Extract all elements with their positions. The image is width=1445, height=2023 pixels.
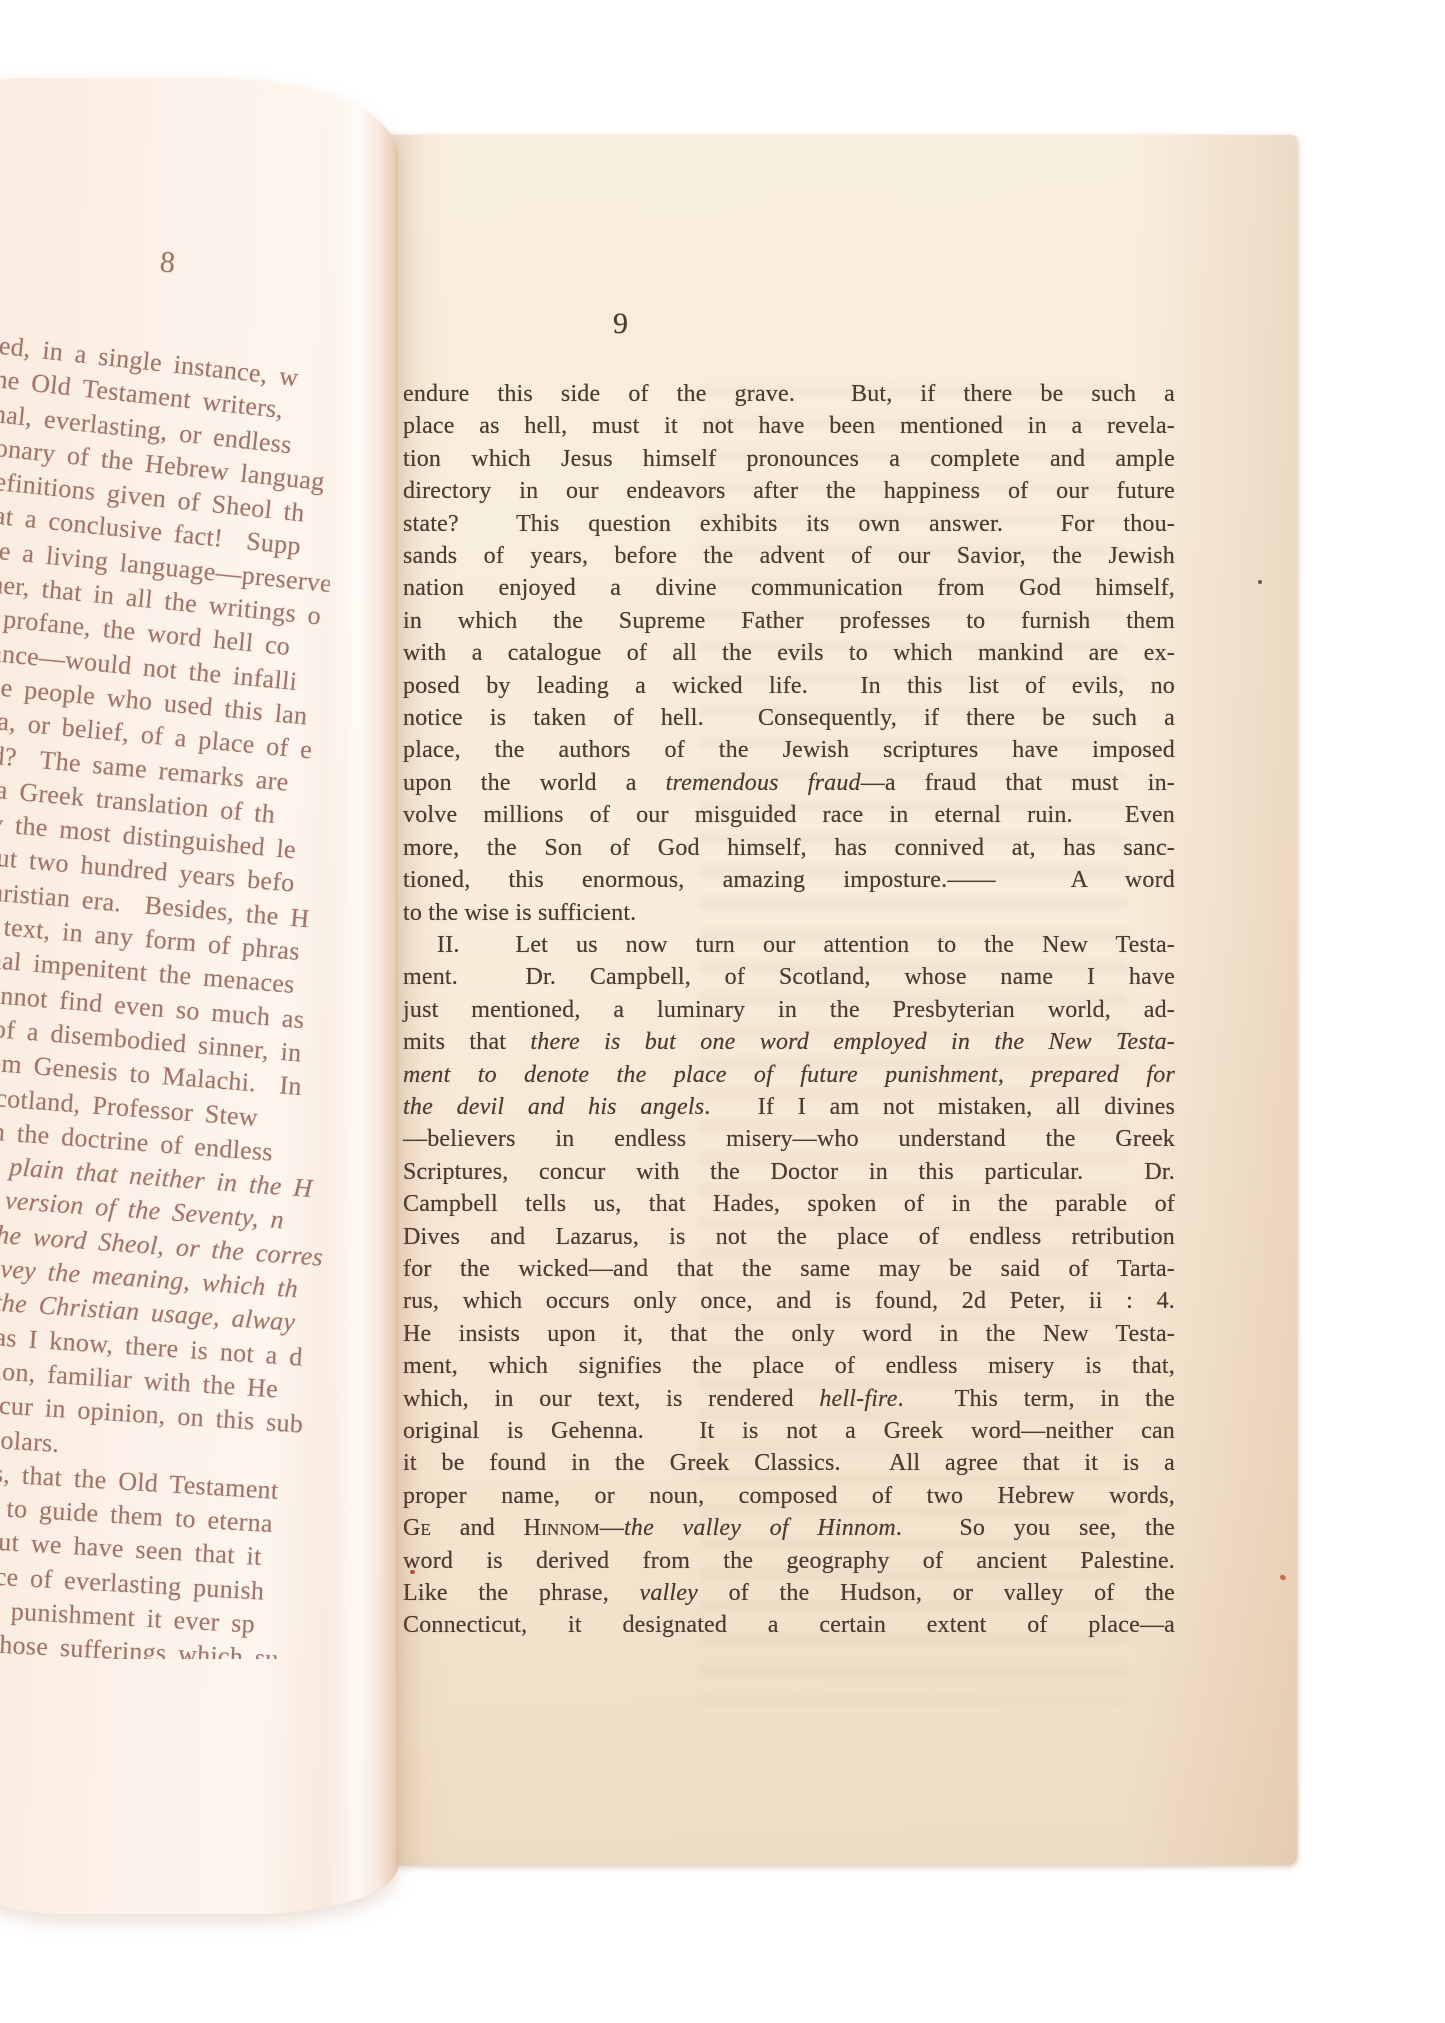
paper-speck bbox=[1279, 1574, 1287, 1581]
right-page-line: upon the world a tremendous fraud—a frau… bbox=[403, 767, 1175, 799]
right-page-line: volve millions of our misguided race in … bbox=[403, 799, 1175, 831]
right-page-line: Ge and Hinnom—the valley of Hinnom. So y… bbox=[403, 1512, 1175, 1544]
right-page: 9 endure this side of the grave. But, if… bbox=[358, 135, 1297, 1865]
right-page-line: it be found in the Greek Classics. All a… bbox=[403, 1447, 1175, 1479]
right-page-line: Dives and Lazarus, is not the place of e… bbox=[403, 1221, 1175, 1253]
right-page-line: sands of years, before the advent of our… bbox=[403, 540, 1175, 572]
right-page-line: Connecticut, it designated a certain ext… bbox=[403, 1609, 1175, 1641]
right-page-line: ment, which signifies the place of endle… bbox=[403, 1350, 1175, 1382]
left-page-fore-edge bbox=[324, 78, 398, 1914]
right-page-number: 9 bbox=[613, 307, 628, 341]
right-page-line: state? This question exhibits its own an… bbox=[403, 508, 1175, 540]
left-page: 8 onnected, in a single instance, wy of … bbox=[0, 78, 398, 1914]
right-page-line: which, in our text, is rendered hell-fir… bbox=[403, 1383, 1175, 1415]
right-page-line: notice is taken of hell. Consequently, i… bbox=[403, 702, 1175, 734]
right-page-line: Scriptures, concur with the Doctor in th… bbox=[403, 1156, 1175, 1188]
paper-speck bbox=[410, 1570, 415, 1574]
right-page-line: nation enjoyed a divine communication fr… bbox=[403, 572, 1175, 604]
right-page-line: endure this side of the grave. But, if t… bbox=[403, 378, 1175, 410]
left-page-text: onnected, in a single instance, wy of th… bbox=[0, 321, 330, 1659]
right-page-line: II. Let us now turn our attention to the… bbox=[403, 929, 1175, 961]
right-page-line: Like the phrase, valley of the Hudson, o… bbox=[403, 1577, 1175, 1609]
left-page-number: 8 bbox=[159, 245, 177, 280]
right-page-line: in which the Supreme Father professes to… bbox=[403, 605, 1175, 637]
right-page-line: ment. Dr. Campbell, of Scotland, whose n… bbox=[403, 961, 1175, 993]
right-page-line: —believers in endless misery—who underst… bbox=[403, 1123, 1175, 1155]
right-page-line: He insists upon it, that the only word i… bbox=[403, 1318, 1175, 1350]
right-page-line: place as hell, must it not have been men… bbox=[403, 410, 1175, 442]
right-page-line: original is Gehenna. It is not a Greek w… bbox=[403, 1415, 1175, 1447]
right-page-line: to the wise is sufficient. bbox=[403, 897, 1175, 929]
right-page-line: ment to denote the place of future punis… bbox=[403, 1059, 1175, 1091]
right-page-line: Campbell tells us, that Hades, spoken of… bbox=[403, 1188, 1175, 1220]
right-page-line: rus, which occurs only once, and is foun… bbox=[403, 1285, 1175, 1317]
right-page-line: just mentioned, a luminary in the Presby… bbox=[403, 994, 1175, 1026]
right-page-line: word is derived from the geography of an… bbox=[403, 1545, 1175, 1577]
right-page-line: posed by leading a wicked life. In this … bbox=[403, 670, 1175, 702]
right-page-text: endure this side of the grave. But, if t… bbox=[403, 378, 1175, 1642]
right-page-line: mits that there is but one word employed… bbox=[403, 1026, 1175, 1058]
right-page-line: the devil and his angels. If I am not mi… bbox=[403, 1091, 1175, 1123]
right-page-line: directory in our endeavors after the hap… bbox=[403, 475, 1175, 507]
paper-speck bbox=[1258, 580, 1262, 584]
right-page-line: more, the Son of God himself, has conniv… bbox=[403, 832, 1175, 864]
right-page-line: place, the authors of the Jewish scriptu… bbox=[403, 734, 1175, 766]
right-page-line: with a catalogue of all the evils to whi… bbox=[403, 637, 1175, 669]
book-photo: 9 endure this side of the grave. But, if… bbox=[0, 0, 1445, 2023]
right-page-line: tioned, this enormous, amazing imposture… bbox=[403, 864, 1175, 896]
right-page-line: for the wicked—and that the same may be … bbox=[403, 1253, 1175, 1285]
right-page-line: proper name, or noun, composed of two He… bbox=[403, 1480, 1175, 1512]
right-page-line: tion which Jesus himself pronounces a co… bbox=[403, 443, 1175, 475]
